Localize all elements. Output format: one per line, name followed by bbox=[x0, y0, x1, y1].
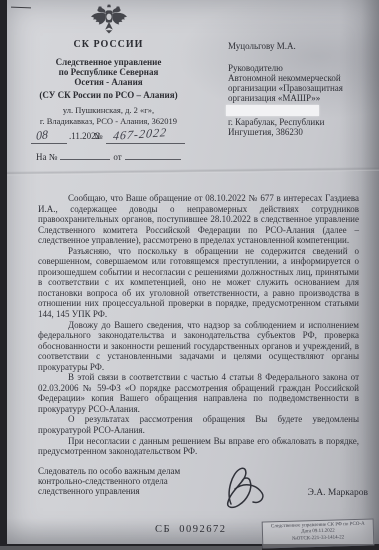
letter-page: СК РОССИИ Следственное управление по Рес… bbox=[7, 0, 379, 544]
org-name-top: СК РОССИИ bbox=[22, 39, 195, 50]
registration-stamp: Следственное управление СК РФ по РСО-А Д… bbox=[262, 518, 375, 548]
paragraph: В этой связи в соответствии с частью 4 с… bbox=[38, 372, 359, 414]
paragraph: О результатах рассмотрения обращения Вы … bbox=[38, 414, 359, 435]
photo-of-official-letter: СК РОССИИ Следственное управление по Рес… bbox=[0, 0, 379, 550]
paragraph: Довожу до Вашего сведения, что надзор за… bbox=[38, 320, 359, 373]
signer-name: Э.А. Маркаров bbox=[283, 488, 368, 498]
paragraph: Сообщаю, что Ваше обращение от 08.10.202… bbox=[38, 193, 359, 246]
sender-address-line: ул. Пушкинская, д. 2 «г», bbox=[22, 105, 195, 116]
reference-ot-label: от bbox=[113, 152, 121, 162]
handwritten-signature-icon bbox=[216, 464, 268, 512]
addressee-address-line: Ингушетия, 386230 bbox=[228, 127, 366, 137]
signer-position-line: Следователь по особо важным делам bbox=[38, 466, 228, 476]
russia-coat-of-arms-icon bbox=[22, 4, 195, 36]
handwritten-day: 08 bbox=[36, 127, 48, 144]
paper-crease bbox=[7, 167, 379, 176]
reference-blank bbox=[60, 150, 110, 160]
addressee-line: организация «МАШР»» bbox=[228, 93, 366, 103]
addressee-address-line: г. Карабулак, Республики bbox=[228, 117, 366, 127]
paragraph: Разъясняю, что поскольку в обращении не … bbox=[38, 246, 359, 320]
addressee-line: Автономной некоммерческой bbox=[228, 73, 366, 83]
reference-na-label: На № bbox=[36, 152, 57, 162]
reference-line: На №от bbox=[22, 150, 195, 162]
photo-background-edge bbox=[0, 546, 262, 550]
addressee-name: Муцольгову М.А. bbox=[228, 41, 366, 51]
redaction-box bbox=[226, 105, 319, 116]
dept-line: Следственное управление bbox=[22, 57, 195, 67]
paragraph: При несогласии с данным решением Вы впра… bbox=[38, 436, 359, 457]
signer-position-line: следственного управления bbox=[38, 486, 228, 496]
sender-address-line: г. Владикавказ, РСО - Алания, 362019 bbox=[22, 116, 195, 127]
date-and-number-row: 08 .11.2022 № 467-2022 bbox=[22, 128, 195, 147]
addressee-block: Муцольгову М.А. Руководителю Автономной … bbox=[228, 41, 366, 137]
form-blank-number: СБ 0092672 bbox=[155, 524, 227, 535]
signature-block: Следователь по особо важным делам контро… bbox=[38, 466, 368, 516]
org-abbreviation: (СУ СК России по РСО – Алания) bbox=[22, 90, 195, 100]
dept-line: Осетия - Алания bbox=[22, 77, 195, 87]
addressee-line: организации «Правозащитная bbox=[228, 83, 366, 93]
reference-blank bbox=[125, 150, 181, 160]
signer-position-line: контрольно-следственного отдела bbox=[38, 476, 228, 486]
addressee-line: Руководителю bbox=[228, 63, 366, 73]
number-sign-label: № bbox=[94, 131, 103, 141]
letterhead-left-column: СК РОССИИ Следственное управление по Рес… bbox=[22, 4, 195, 162]
dept-line: по Республике Северная bbox=[22, 67, 195, 77]
letter-body: Сообщаю, что Ваше обращение от 08.10.202… bbox=[38, 193, 359, 457]
